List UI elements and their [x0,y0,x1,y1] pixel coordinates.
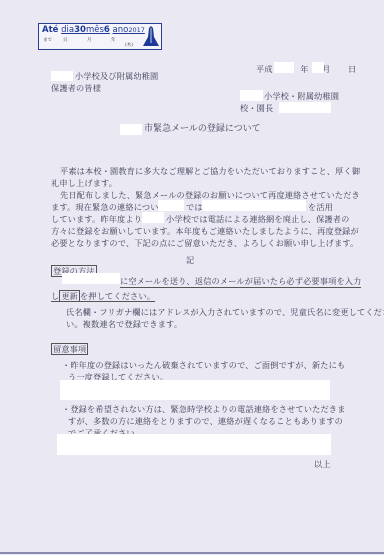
stamp-ano-label: ano [113,25,129,35]
stamp-ate: Até [42,25,58,35]
stamp-dia-value: 30 [74,25,86,35]
stamp-mes-label: mês [86,25,104,35]
document-page: Até dia30mês6 ano2017 まで 日 月 年 (木) 平成 年 … [0,0,384,554]
registration-note-line1: 氏名欄・フリガナ欄にはアドレスが入力されていますので、児童氏名に変更してくださ [66,306,384,318]
redacted-sender-school [240,90,263,101]
closing-mark: 以上 [314,458,331,470]
date-era: 平成 [256,64,273,74]
notes-item2-line2: すが、多数の方に連絡をとりますので、連絡が遅くなることもありますの [68,415,343,427]
recipient-school: 小学校及び附属幼稚園 [75,70,158,82]
redacted-year [274,62,294,73]
redacted-recipient-school [51,71,73,81]
date-day-label: 日 [348,64,356,74]
para1-line2: 礼申し上げます。 [51,177,117,189]
praying-hands-icon [142,25,160,47]
redacted-principal-name [279,102,331,113]
stamp-jp-month: 月 [87,37,92,43]
redacted-system-name [202,200,306,211]
redacted-block-2 [57,434,331,455]
notes-item1-line1: ・昨年度の登録はいったん破棄されていますので、ご面倒ですが、新たにも [62,359,345,371]
ki-mark: 記 [186,254,194,266]
stamp-dia-label: dia [61,25,74,35]
redacted-school-name [142,212,164,223]
stamp-mes-value: 6 [104,25,110,35]
registration-line2: し更新を押してください。 [51,290,155,302]
document-title: 市緊急メールの登録について [144,123,261,135]
redacted-day [312,62,324,73]
notes-item2-line1: ・登録を希望されない方は、緊急時学校よりの電話連絡をさせていただきま [62,403,345,415]
para2-line2c: を活用 [308,201,333,213]
stamp-jp-weekday: (木) [125,42,133,48]
stamp-jp-day: 日 [63,37,68,43]
redacted-city-2 [158,200,184,211]
date-line: 平成 年 月 日 [256,63,356,75]
para2-line4: 方々に登録をお願いしています。本年度もご連絡いたしましたように、再度登録が [51,225,359,237]
para2-line3a: しています。昨年度より、 [51,213,150,225]
recipient-parents: 保護者の皆様 [51,82,101,94]
sender-title: 校・園長 [240,102,273,114]
deadline-stamp: Até dia30mês6 ano2017 まで 日 月 年 (木) [38,23,162,50]
redacted-email-address [62,273,120,284]
update-button-label: 更新 [59,290,80,302]
para2-line3b: 小学校では電話による連絡網を廃止し、保護者の [166,213,349,225]
stamp-date-line: Até dia30mês6 ano2017 [42,25,145,36]
date-year-label: 年 [300,64,308,74]
redacted-block-1 [60,380,330,400]
registration-note-line2: い。複数連名で登録できます。 [66,318,182,330]
redacted-city [120,124,142,135]
stamp-jp-year: 年 [111,37,116,43]
notes-heading: 留意事項 [51,343,88,355]
stamp-jp-made: まで [43,37,52,43]
registration-line1: に空メールを送り、返信のメールが届いたら必ず必要事項を入力 [120,275,361,288]
sender-school: 小学校・附属幼稚園 [264,90,339,102]
para1-line1: 平素は本校・園教育に多大なご理解とご協力をいただいておりますこと、厚く御 [60,165,360,177]
para2-line5: 必要となりますので、下記の点にご留意いただき、よろしくお願い申し上げます。 [51,237,358,249]
